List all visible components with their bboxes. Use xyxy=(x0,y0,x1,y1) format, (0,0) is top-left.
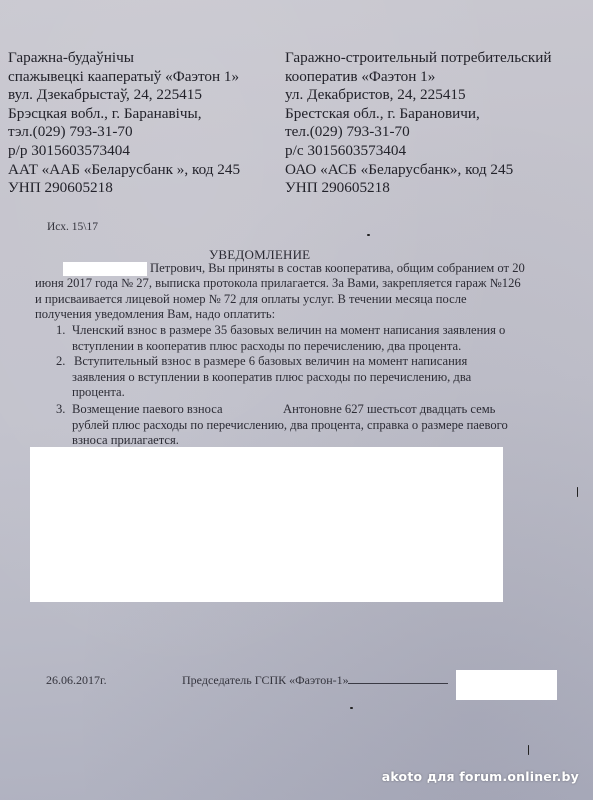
body-line: Петрович, Вы приняты в состав кооператив… xyxy=(150,261,525,277)
letterhead-line: Гаражно-строительный потребительский xyxy=(285,49,552,68)
letterhead-line: УНП 290605218 xyxy=(285,179,552,198)
paper-speck xyxy=(367,234,370,236)
watermark: akoto для forum.onliner.by xyxy=(382,769,579,784)
signature-line xyxy=(348,682,448,684)
paper-speck xyxy=(350,707,353,709)
list-item-line: Членский взнос в размере 35 базовых вели… xyxy=(72,323,505,339)
list-number: 2. xyxy=(56,354,65,370)
letterhead-russian: Гаражно-строительный потребительский коо… xyxy=(285,49,552,198)
list-item-line: Возмещение паевого взноса xyxy=(72,402,223,418)
letterhead-line: вул. Дзекабрыстаў, 24, 225415 xyxy=(8,86,240,105)
margin-mark xyxy=(577,487,578,497)
body-line: июня 2017 года № 27, выписка протокола п… xyxy=(35,276,521,292)
letterhead-line: УНП 290605218 xyxy=(8,179,240,198)
body-line: получения уведомления Вам, надо оплатить… xyxy=(35,307,275,323)
letterhead-line: ул. Декабристов, 24, 225415 xyxy=(285,86,552,105)
letterhead-line: ОАО «АСБ «Беларусбанк», код 245 xyxy=(285,161,552,180)
letterhead-line: ААТ «ААБ «Беларусбанк », код 245 xyxy=(8,161,240,180)
letterhead-belarusian: Гаражна-будаўнічы спажывецкі кааператыў … xyxy=(8,49,240,198)
letterhead-line: Брестская обл., г. Барановичи, xyxy=(285,105,552,124)
redacted-block xyxy=(30,447,503,602)
margin-mark xyxy=(528,745,529,755)
letterhead-line: Гаражна-будаўнічы xyxy=(8,49,240,68)
signatory-title: Председатель ГСПК «Фаэтон-1» xyxy=(182,673,349,689)
letterhead-line: р/с 3015603573404 xyxy=(285,142,552,161)
list-item-line: процента. xyxy=(72,385,125,401)
list-number: 1. xyxy=(56,323,65,339)
list-item-line: вступлении в кооператив плюс расходы по … xyxy=(72,339,461,355)
body-line: и присваивается лицевой номер № 72 для о… xyxy=(35,292,467,308)
list-item-line: Вступительный взнос в размере 6 базовых … xyxy=(74,354,467,370)
letterhead-line: Брэсцкая вобл., г. Баранавічы, xyxy=(8,105,240,124)
document-date: 26.06.2017г. xyxy=(46,673,107,689)
list-item-line: рублей плюс расходы по перечислению, два… xyxy=(72,418,508,434)
letterhead-line: тел.(029) 793-31-70 xyxy=(285,123,552,142)
redacted-signature xyxy=(456,670,557,700)
list-number: 3. xyxy=(56,402,65,418)
outgoing-reference: Исх. 15\17 xyxy=(47,221,98,233)
letterhead-line: тэл.(029) 793-31-70 xyxy=(8,123,240,142)
list-item-line: Антоновне 627 шестьсот двадцать семь xyxy=(283,402,495,418)
list-item-line: заявления о вступлении в кооператив плюс… xyxy=(72,370,471,386)
letterhead-line: р/р 3015603573404 xyxy=(8,142,240,161)
redacted-name xyxy=(63,262,147,276)
letterhead-line: спажывецкі кааператыў «Фаэтон 1» xyxy=(8,68,240,87)
letterhead-line: кооператив «Фаэтон 1» xyxy=(285,68,552,87)
